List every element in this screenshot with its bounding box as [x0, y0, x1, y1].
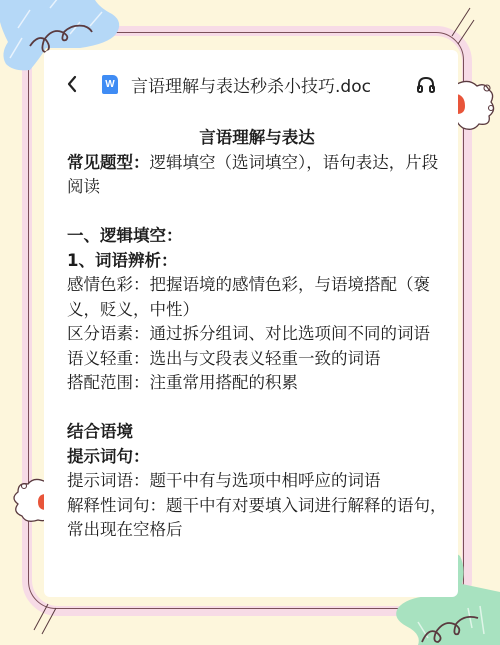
item-text: 选出与文段表义轻重一致的词语: [150, 349, 381, 368]
document-viewer-card: W 言语理解与表达秒杀小技巧.doc 言语理解与表达 常见题型：逻辑填空（选词填…: [44, 50, 458, 597]
headphones-icon[interactable]: [416, 75, 436, 95]
cloud-heart-decoration-left: [12, 478, 48, 526]
list-item: 语义轻重：选出与文段表义轻重一致的词语: [67, 347, 447, 372]
cloud-heart-decoration-right: [455, 80, 500, 135]
section2-title: 结合语境: [67, 420, 447, 445]
item-label: 提示词语：: [67, 471, 150, 490]
item-label: 搭配范围：: [67, 373, 150, 392]
item-text: 题干中有与选项中相呼应的词语: [150, 471, 381, 490]
item-label: 区分语素：: [67, 324, 150, 343]
list-item: 区分语素：通过拆分组词、对比选项间不同的词语: [67, 322, 447, 347]
top-nav-bar: W 言语理解与表达秒杀小技巧.doc: [44, 68, 458, 100]
document-content: 言语理解与表达 常见题型：逻辑填空（选词填空），语句表达，片段阅读 一、逻辑填空…: [67, 126, 447, 543]
item-label: 语义轻重：: [67, 349, 150, 368]
document-title: 言语理解与表达秒杀小技巧.doc: [131, 72, 371, 97]
item-label: 解释性词句：: [67, 496, 166, 515]
list-item: 解释性词句：题干中有对要填入词进行解释的语句，常出现在空格后: [67, 494, 447, 543]
item-label: 感情色彩：: [67, 275, 150, 294]
item-text: 注重常用搭配的积累: [150, 373, 299, 392]
hatch-decoration-bottom: [30, 596, 60, 636]
sub2-title: 提示词句：: [67, 445, 447, 470]
intro-paragraph: 常见题型：逻辑填空（选词填空），语句表达，片段阅读: [67, 151, 447, 200]
list-item: 提示词语：题干中有与选项中相呼应的词语: [67, 469, 447, 494]
chevron-left-icon[interactable]: [62, 72, 82, 96]
item-text: 通过拆分组词、对比选项间不同的词语: [150, 324, 431, 343]
list-item: 搭配范围：注重常用搭配的积累: [67, 371, 447, 396]
document-heading: 言语理解与表达: [67, 126, 447, 151]
word-doc-icon: W: [102, 75, 118, 94]
intro-label: 常见题型：: [67, 153, 150, 172]
hatch-decoration-top: [448, 6, 478, 46]
section1-title: 一、逻辑填空：: [67, 224, 447, 249]
list-item: 感情色彩：把握语境的感情色彩，与语境搭配（褒义，贬义，中性）: [67, 273, 447, 322]
sub1-title: 1、词语辨析：: [67, 249, 447, 274]
